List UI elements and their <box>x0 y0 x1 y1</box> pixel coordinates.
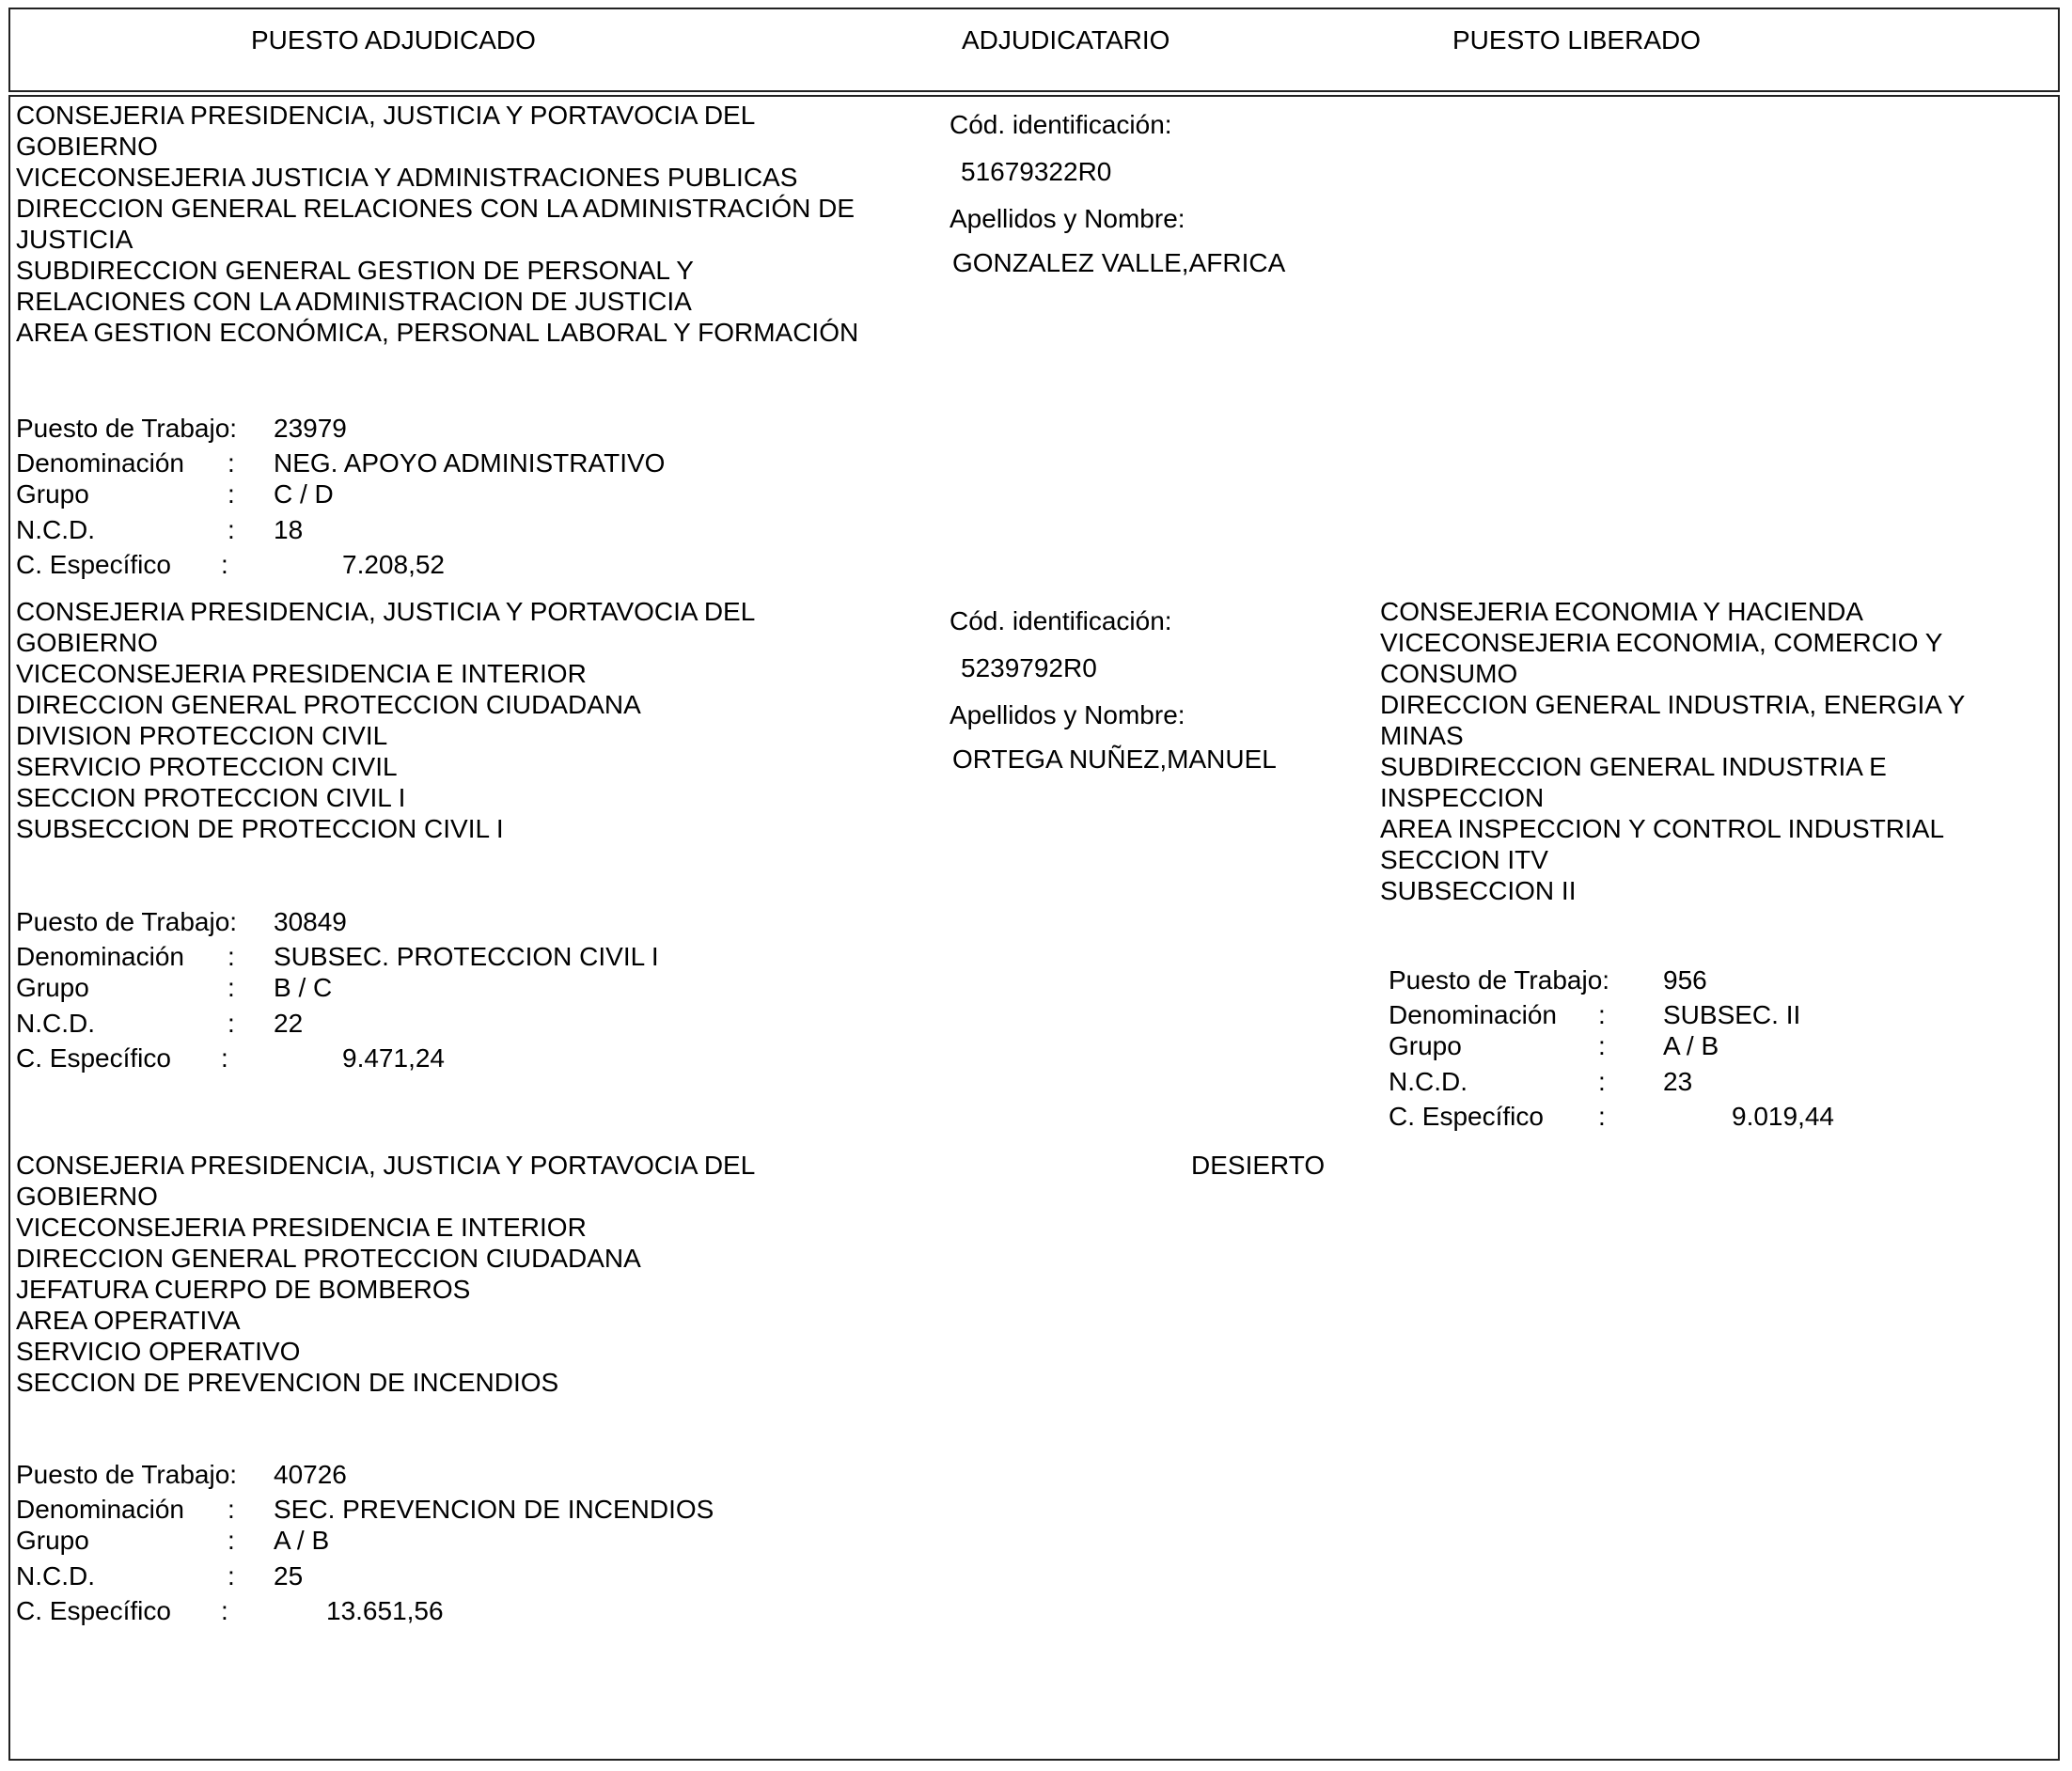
cod-identificacion-label: Cód. identificación: <box>950 598 1277 645</box>
puesto-trabajo-label: Puesto de Trabajo: <box>16 411 237 446</box>
adjudicado-org-lines: CONSEJERIA PRESIDENCIA, JUSTICIA Y PORTA… <box>16 100 858 348</box>
colon: : <box>228 1492 235 1527</box>
header-puesto-adjudicado: PUESTO ADJUDICADO <box>251 25 536 55</box>
org-line: DIRECCION GENERAL INDUSTRIA, ENERGIA Y <box>1380 689 1965 720</box>
c-especifico-label: C. Específico <box>16 547 171 582</box>
grupo-value: C / D <box>274 480 334 509</box>
org-line: VICECONSEJERIA ECONOMIA, COMERCIO Y <box>1380 627 1965 658</box>
liberado-org-lines: CONSEJERIA ECONOMIA Y HACIENDA VICECONSE… <box>1380 596 1965 906</box>
org-line: SUBSECCION DE PROTECCION CIVIL I <box>16 813 755 844</box>
colon: : <box>1598 997 1606 1032</box>
puesto-trabajo-value: 30849 <box>274 904 347 939</box>
grupo-label: Grupo <box>16 1527 89 1555</box>
apellidos-nombre-label: Apellidos y Nombre: <box>950 196 1285 243</box>
puesto-trabajo-value: 40726 <box>274 1457 347 1492</box>
grupo-value: A / B <box>274 1527 329 1555</box>
puesto-trabajo-value: 956 <box>1663 963 1707 997</box>
puesto-trabajo-label: Puesto de Trabajo: <box>16 904 237 939</box>
colon: : <box>228 1527 235 1555</box>
denominacion-value: SUBSEC. PROTECCION CIVIL I <box>274 939 659 974</box>
denominacion-value: SUBSEC. II <box>1663 997 1800 1032</box>
header-adjudicatario: ADJUDICATARIO <box>962 25 1169 55</box>
cod-identificacion-label: Cód. identificación: <box>950 102 1285 149</box>
org-line: CONSEJERIA PRESIDENCIA, JUSTICIA Y PORTA… <box>16 596 755 627</box>
colon: : <box>1598 1032 1606 1060</box>
org-line: VICECONSEJERIA PRESIDENCIA E INTERIOR <box>16 1212 755 1243</box>
c-especifico-label: C. Específico <box>16 1593 171 1628</box>
puesto-trabajo-value: 23979 <box>274 411 347 446</box>
org-line: DIRECCION GENERAL PROTECCION CIUDADANA <box>16 1243 755 1274</box>
cod-identificacion-value: 51679322R0 <box>950 149 1285 196</box>
org-line: INSPECCION <box>1380 782 1965 813</box>
header-puesto-liberado: PUESTO LIBERADO <box>1452 25 1701 55</box>
colon: : <box>1598 1099 1606 1134</box>
org-line: CONSEJERIA PRESIDENCIA, JUSTICIA Y PORTA… <box>16 1150 755 1181</box>
colon: : <box>228 1559 235 1593</box>
c-especifico-value: 13.651,56 <box>326 1593 444 1628</box>
apellidos-nombre-value: GONZALEZ VALLE,AFRICA <box>950 243 1285 284</box>
org-line: JUSTICIA <box>16 224 858 255</box>
org-line: AREA OPERATIVA <box>16 1305 755 1336</box>
denominacion-label: Denominación <box>16 1492 184 1527</box>
org-line: SECCION DE PREVENCION DE INCENDIOS <box>16 1367 755 1398</box>
colon: : <box>228 974 235 1002</box>
ncd-label: N.C.D. <box>16 1006 95 1041</box>
puesto-trabajo-label: Puesto de Trabajo: <box>1389 963 1609 997</box>
grupo-value: B / C <box>274 974 332 1002</box>
grupo-value: A / B <box>1663 1032 1719 1060</box>
org-line: GOBIERNO <box>16 1181 755 1212</box>
denominacion-value: SEC. PREVENCION DE INCENDIOS <box>274 1492 714 1527</box>
ncd-value: 25 <box>274 1559 303 1593</box>
grupo-label: Grupo <box>16 480 89 509</box>
org-line: JEFATURA CUERPO DE BOMBEROS <box>16 1274 755 1305</box>
colon: : <box>228 446 235 480</box>
adjudicatario-info: Cód. identificación: 51679322R0 Apellido… <box>950 102 1285 284</box>
colon: : <box>221 547 228 582</box>
denominacion-label: Denominación <box>1389 997 1557 1032</box>
colon: : <box>221 1593 228 1628</box>
colon: : <box>1598 1064 1606 1099</box>
org-line: VICECONSEJERIA JUSTICIA Y ADMINISTRACION… <box>16 162 858 193</box>
denominacion-value: NEG. APOYO ADMINISTRATIVO <box>274 446 665 480</box>
org-line: DIRECCION GENERAL PROTECCION CIUDADANA <box>16 689 755 720</box>
org-line: CONSEJERIA ECONOMIA Y HACIENDA <box>1380 596 1965 627</box>
colon: : <box>228 512 235 547</box>
ncd-label: N.C.D. <box>16 512 95 547</box>
org-line: DIVISION PROTECCION CIVIL <box>16 720 755 751</box>
ncd-label: N.C.D. <box>1389 1064 1468 1099</box>
c-especifico-label: C. Específico <box>1389 1099 1544 1134</box>
org-line: SERVICIO PROTECCION CIVIL <box>16 751 755 782</box>
c-especifico-label: C. Específico <box>16 1041 171 1075</box>
org-line: CONSUMO <box>1380 658 1965 689</box>
ncd-value: 22 <box>274 1006 303 1041</box>
c-especifico-value: 9.019,44 <box>1732 1099 1834 1134</box>
c-especifico-value: 7.208,52 <box>342 547 445 582</box>
org-line: SUBSECCION II <box>1380 875 1965 906</box>
adjudicado-org-lines: CONSEJERIA PRESIDENCIA, JUSTICIA Y PORTA… <box>16 596 755 844</box>
colon: : <box>221 1041 228 1075</box>
c-especifico-value: 9.471,24 <box>342 1041 445 1075</box>
adjudicado-org-lines: CONSEJERIA PRESIDENCIA, JUSTICIA Y PORTA… <box>16 1150 755 1398</box>
org-line: SUBDIRECCION GENERAL INDUSTRIA E <box>1380 751 1965 782</box>
desierto-status: DESIERTO <box>1191 1150 1325 1181</box>
org-line: SUBDIRECCION GENERAL GESTION DE PERSONAL… <box>16 255 858 286</box>
apellidos-nombre-label: Apellidos y Nombre: <box>950 692 1277 739</box>
colon: : <box>228 939 235 974</box>
org-line: MINAS <box>1380 720 1965 751</box>
puesto-trabajo-label: Puesto de Trabajo: <box>16 1457 237 1492</box>
ncd-value: 23 <box>1663 1064 1692 1099</box>
denominacion-label: Denominación <box>16 939 184 974</box>
org-line: GOBIERNO <box>16 627 755 658</box>
adjudicatario-info: Cód. identificación: 5239792R0 Apellidos… <box>950 598 1277 780</box>
ncd-label: N.C.D. <box>16 1559 95 1593</box>
grupo-label: Grupo <box>1389 1032 1462 1060</box>
apellidos-nombre-value: ORTEGA NUÑEZ,MANUEL <box>950 739 1277 780</box>
org-line: GOBIERNO <box>16 131 858 162</box>
org-line: DIRECCION GENERAL RELACIONES CON LA ADMI… <box>16 193 858 224</box>
org-line: SERVICIO OPERATIVO <box>16 1336 755 1367</box>
org-line: SECCION PROTECCION CIVIL I <box>16 782 755 813</box>
denominacion-label: Denominación <box>16 446 184 480</box>
colon: : <box>228 480 235 509</box>
org-line: AREA INSPECCION Y CONTROL INDUSTRIAL <box>1380 813 1965 844</box>
org-line: RELACIONES CON LA ADMINISTRACION DE JUST… <box>16 286 858 317</box>
cod-identificacion-value: 5239792R0 <box>950 645 1277 692</box>
org-line: VICECONSEJERIA PRESIDENCIA E INTERIOR <box>16 658 755 689</box>
ncd-value: 18 <box>274 512 303 547</box>
grupo-label: Grupo <box>16 974 89 1002</box>
org-line: CONSEJERIA PRESIDENCIA, JUSTICIA Y PORTA… <box>16 100 858 131</box>
org-line: SECCION ITV <box>1380 844 1965 875</box>
org-line: AREA GESTION ECONÓMICA, PERSONAL LABORAL… <box>16 317 858 348</box>
colon: : <box>228 1006 235 1041</box>
